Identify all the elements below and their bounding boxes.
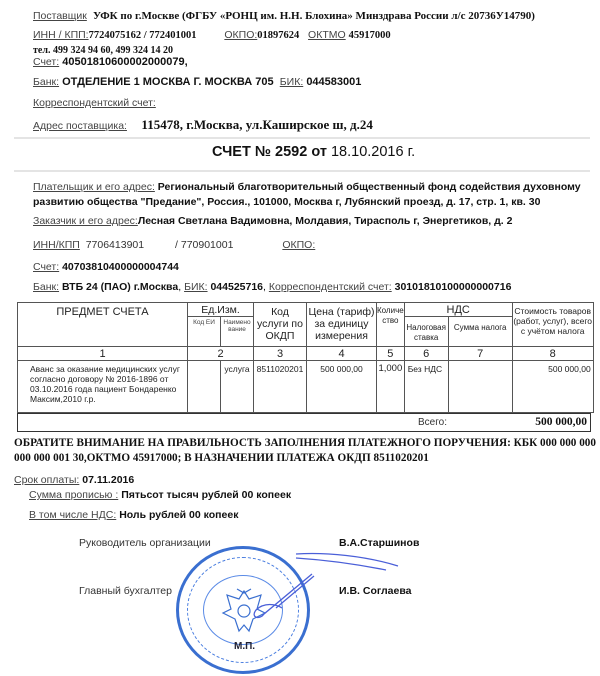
payer-kpp: / 770901001 (175, 239, 233, 251)
payer-line2: развитию общества "Предание", Россия., 1… (33, 196, 540, 208)
director-label: Руководитель организации (79, 537, 211, 549)
supplier-account: 40501810600002000079, (62, 56, 187, 68)
payer-corr-label: Корреспондентский счет: (269, 281, 392, 293)
divider (14, 137, 590, 139)
supplier-bik-label: БИК: (280, 76, 303, 88)
header-vat: НДС (404, 303, 512, 317)
supplier-inn-kpp: 7724075162 / 772401001 (89, 30, 197, 41)
header-qty: Количе ство (377, 303, 405, 347)
row-qty: 1,000 (377, 361, 405, 413)
payer-name: Региональный благотворительный обществен… (158, 181, 581, 193)
vat-words-line: В том числе НДС: Ноль рублей 00 копеек (29, 509, 238, 521)
supplier-address-label: Адрес поставщика: (33, 120, 127, 132)
payer-inn-label: ИНН/КПП (33, 239, 80, 251)
supplier-name: УФК по г.Москве (ФГБУ «РОНЦ им. Н.Н. Бло… (93, 10, 535, 22)
header-unit: Ед.Изм. (188, 303, 254, 317)
amount-words-label: Сумма прописью : (29, 489, 118, 501)
header-unit-name: Наимено вание (221, 317, 254, 347)
supplier-phone: тел. 499 324 94 60, 499 324 14 20 (33, 45, 173, 56)
payer-label: Плательщик и его адрес: (33, 181, 155, 193)
grand-total-value: 500 000,00 (535, 416, 587, 428)
row-subject: Аванс за оказание медицинских услуг согл… (18, 361, 188, 413)
payer-ids: ИНН/КПП 7706413901 / 770901001 ОКПО: (33, 239, 315, 251)
col-number: 3 (254, 347, 307, 361)
header-price: Цена (тариф) за единицу измерения (307, 303, 377, 347)
col-number: 5 (377, 347, 405, 361)
vat-words-value: Ноль рублей 00 копеек (119, 509, 238, 521)
payment-notice-line2: 000 000 001 30,ОКТМО 45917000; В НАЗНАЧЕ… (14, 452, 429, 464)
vat-words-label: В том числе НДС: (29, 509, 116, 521)
amount-words-line: Сумма прописью : Пятьсот тысяч рублей 00… (29, 489, 291, 501)
supplier-bank-line: Банк: ОТДЕЛЕНИЕ 1 МОСКВА Г. МОСКВА 705 Б… (33, 76, 361, 88)
row-vat-rate: Без НДС (404, 361, 448, 413)
payer-bank: ВТБ 24 (ПАО) г.Москва (62, 281, 178, 293)
header-subject: ПРЕДМЕТ СЧЕТА (18, 303, 188, 347)
payer-account-label: Счет: (33, 261, 59, 273)
col-number: 2 (188, 347, 254, 361)
supplier-bank: ОТДЕЛЕНИЕ 1 МОСКВА Г. МОСКВА 705 (62, 76, 274, 88)
supplier-oktmo: 45917000 (349, 30, 391, 41)
due-date-label: Срок оплаты: (14, 474, 79, 486)
supplier-corr-label: Корреспондентский счет: (33, 97, 156, 109)
payer-bank-line: Банк: ВТБ 24 (ПАО) г.Москва, БИК: 044525… (33, 281, 511, 293)
payer-account-line: Счет: 40703810400000004744 (33, 261, 179, 273)
col-number: 1 (18, 347, 188, 361)
invoice-title: СЧЕТ № 2592 от 18.10.2016 г. (212, 144, 415, 160)
supplier-account-line: Счет: 40501810600002000079, (33, 56, 188, 68)
supplier-account-label: Счет: (33, 56, 59, 68)
payer-corr: 30101810100000000716 (395, 281, 512, 293)
amount-words-value: Пятьсот тысяч рублей 00 копеек (121, 489, 291, 501)
row-vat-sum (448, 361, 512, 413)
supplier-ids: ИНН / КПП:7724075162 / 772401001 ОКПО:01… (33, 29, 391, 41)
payer-line1: Плательщик и его адрес: Региональный бла… (33, 181, 581, 193)
supplier-address-line: Адрес поставщика: 115478, г.Москва, ул.К… (33, 116, 373, 134)
header-vat-rate: Налоговая ставка (404, 317, 448, 347)
col-number: 8 (512, 347, 593, 361)
header-unit-code: Код ЕИ (188, 317, 221, 347)
customer-name: Лесная Светлана Вадимовна, Молдавия, Тир… (138, 215, 513, 227)
row-price: 500 000,00 (307, 361, 377, 413)
accountant-name: И.В. Соглаева (339, 585, 412, 597)
invoice-date: 18.10.2016 г. (331, 144, 415, 160)
divider (14, 170, 590, 172)
col-number: 7 (448, 347, 512, 361)
row-unit-code (188, 361, 221, 413)
supplier-label: Поставщик (33, 10, 87, 22)
customer-label: Заказчик и его адрес: (33, 215, 138, 227)
row-unit-name: услуга (221, 361, 254, 413)
due-date-line: Срок оплаты: 07.11.2016 (14, 474, 134, 486)
column-numbers-row: 1 2 3 4 5 6 7 8 (18, 347, 594, 361)
row-total: 500 000,00 (512, 361, 593, 413)
grand-total-box: Всего: 500 000,00 (17, 413, 591, 432)
supplier-okpo: 01897624 (257, 30, 299, 41)
supplier-address: 115478, г.Москва, ул.Каширское ш, д.24 (141, 117, 372, 132)
table-row: Аванс за оказание медицинских услуг согл… (18, 361, 594, 413)
supplier-bank-label: Банк: (33, 76, 59, 88)
due-date-value: 07.11.2016 (82, 474, 134, 486)
row-okdp: 8511020201 (254, 361, 307, 413)
payer-inn: 7706413901 (86, 239, 144, 251)
header-okdp: Код услуги по ОКДП (254, 303, 307, 347)
accountant-label: Главный бухгалтер (79, 585, 172, 597)
customer-line: Заказчик и его адрес:Лесная Светлана Вад… (33, 215, 512, 227)
supplier-bik: 044583001 (306, 76, 361, 88)
payer-bank-label: Банк: (33, 281, 59, 293)
header-vat-sum: Сумма налога (448, 317, 512, 347)
supplier-oktmo-label: ОКТМО (308, 29, 346, 41)
supplier-line: Поставщик УФК по г.Москве (ФГБУ «РОНЦ им… (33, 10, 535, 22)
director-name: В.А.Старшинов (339, 537, 419, 549)
col-number: 4 (307, 347, 377, 361)
header-total: Стоимость товаров (работ, услуг), всего … (512, 303, 593, 347)
payer-okpo-label: ОКПО: (282, 239, 315, 251)
col-number: 6 (404, 347, 448, 361)
payer-account: 40703810400000004744 (62, 261, 179, 273)
payer-bik: 044525716 (210, 281, 263, 293)
grand-total-label: Всего: (418, 417, 447, 428)
stamp-mark: М.П. (234, 641, 255, 652)
payer-bik-label: БИК: (184, 281, 207, 293)
items-table: ПРЕДМЕТ СЧЕТА Ед.Изм. Код услуги по ОКДП… (17, 302, 594, 413)
invoice-number: СЧЕТ № 2592 от (212, 144, 327, 160)
supplier-inn-label: ИНН / КПП: (33, 29, 89, 41)
payment-notice-line1: ОБРАТИТЕ ВНИМАНИЕ НА ПРАВИЛЬНОСТЬ ЗАПОЛН… (14, 437, 596, 449)
supplier-okpo-label: ОКПО: (224, 29, 257, 41)
